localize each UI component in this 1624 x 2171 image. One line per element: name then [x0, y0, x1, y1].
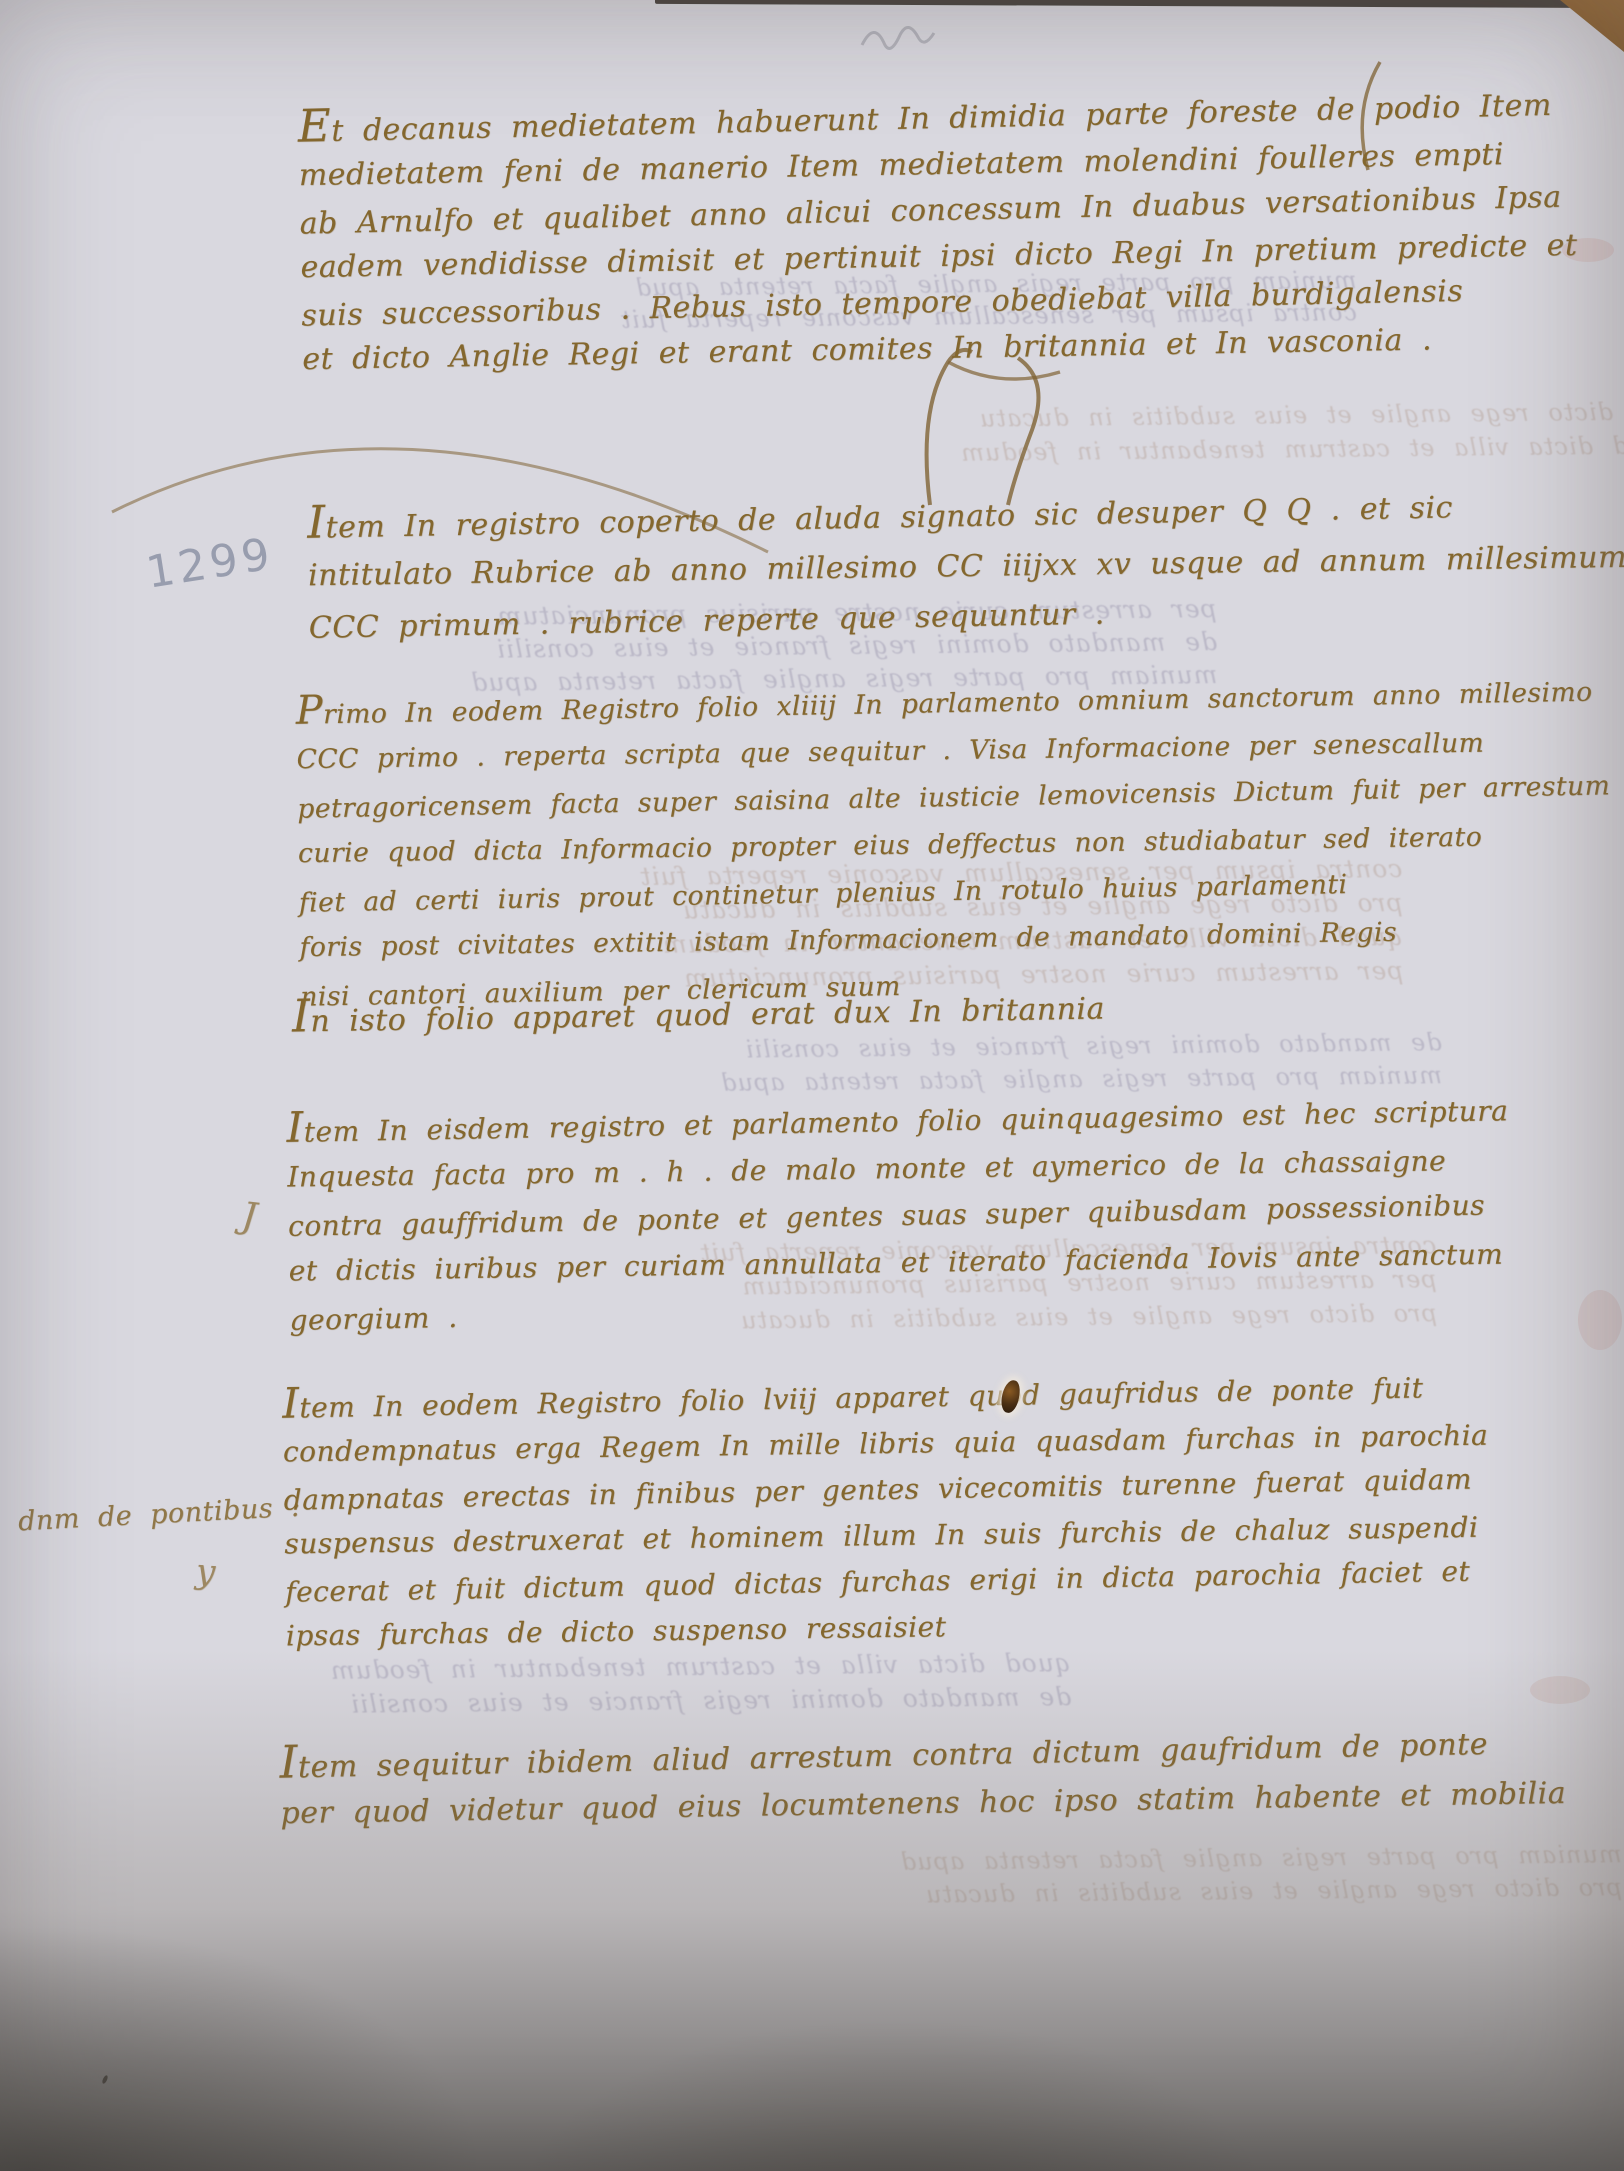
- chalk-smudge: [1578, 1290, 1622, 1350]
- ink-speck: [101, 2075, 108, 2085]
- text-block-3: Primo In eodem Registro folio xliiij In …: [295, 670, 1613, 1020]
- photo-edge-top: [655, 0, 1624, 8]
- pencil-scribble: [862, 27, 934, 48]
- text-block-7: Item sequitur ibidem aliud arrestum cont…: [279, 1721, 1566, 1839]
- text-block-2: Item In registro coperto de aluda signat…: [307, 482, 1624, 653]
- text-block-6: Item In eodem Registro folio lviij appar…: [282, 1366, 1492, 1661]
- bleed-through-block: muniam pro parte regis anglie facta rete…: [900, 1838, 1622, 1912]
- bleed-through-block: pro dicto rege anglie et eius subditis i…: [960, 394, 1624, 469]
- margin-note-left: dnm de pontibus :: [17, 1493, 301, 1538]
- text-block-5: Item In eisdem registro et parlamento fo…: [286, 1088, 1511, 1342]
- pen-trial-mark: J: [240, 1195, 259, 1237]
- text-block-1: Et decanus medietatem habuerunt In dimid…: [297, 83, 1579, 384]
- bleed-through-block: de mandato domini regis francie et eius …: [720, 1026, 1442, 1100]
- chalk-smudge: [1530, 1676, 1590, 1704]
- margin-year-annotation: 1299: [143, 528, 277, 598]
- pen-trial-mark: y: [195, 1551, 217, 1592]
- manuscript-photo: muniam pro parte regis anglie facta rete…: [0, 0, 1624, 2171]
